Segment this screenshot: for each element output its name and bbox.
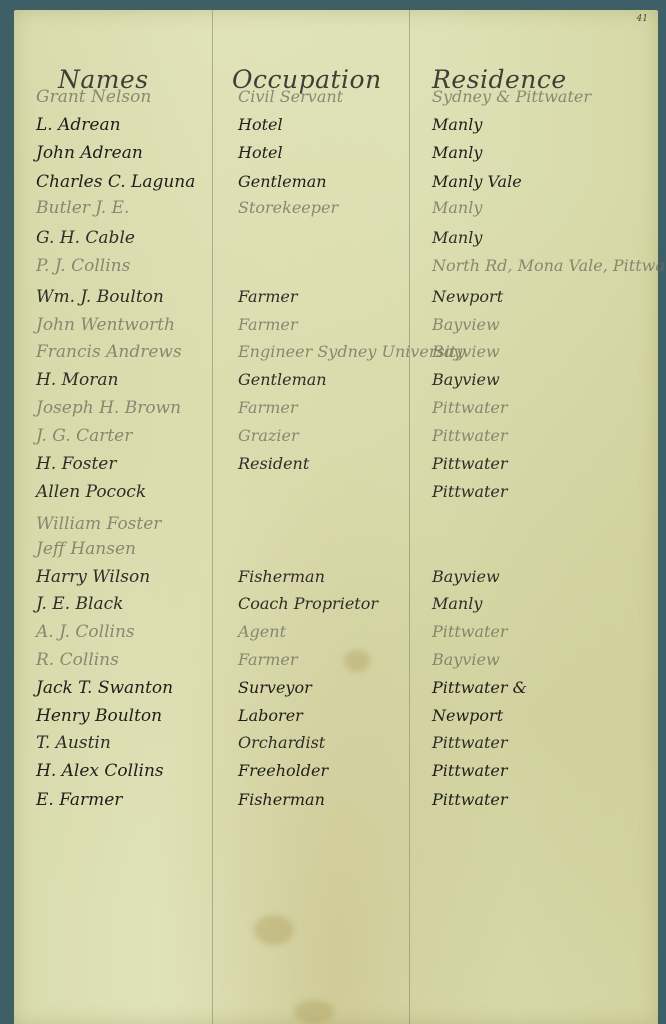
entry-residence: Bayview (432, 370, 500, 389)
entry-occupation: Storekeeper (238, 198, 338, 217)
entry-occupation: Hotel (238, 115, 283, 134)
entry-name: Francis Andrews (36, 342, 182, 362)
paper-stain (344, 650, 370, 672)
entry-residence: Bayview (432, 567, 500, 586)
entry-occupation: Farmer (238, 315, 298, 334)
entry-name: William Foster (36, 514, 161, 534)
entry-residence: Manly (432, 143, 482, 162)
entry-residence: Pittwater (432, 454, 508, 473)
entry-name: H. Moran (36, 370, 119, 390)
entry-residence: Manly (432, 198, 482, 217)
entry-name: Allen Pocock (36, 482, 146, 502)
entry-occupation: Gentleman (238, 172, 327, 191)
entry-occupation: Grazier (238, 426, 299, 445)
entry-residence: Pittwater (432, 733, 508, 752)
entry-occupation: Fisherman (238, 790, 325, 809)
entry-residence: Manly (432, 594, 482, 613)
entry-name: L. Adrean (36, 115, 121, 135)
entry-name: Butler J. E. (36, 198, 129, 218)
entry-residence: Bayview (432, 650, 500, 669)
entry-residence: Newport (432, 287, 503, 306)
entry-name: Joseph H. Brown (36, 398, 181, 418)
entry-name: H. Foster (36, 454, 116, 474)
entry-residence: Manly (432, 115, 482, 134)
entry-residence: Bayview (432, 315, 500, 334)
entry-name: J. G. Carter (36, 426, 132, 446)
entry-residence: Pittwater (432, 398, 508, 417)
entry-residence: Pittwater (432, 761, 508, 780)
entry-name: Grant Nelson (36, 87, 151, 107)
entry-residence: Bayview (432, 342, 500, 361)
page-number: 41 (637, 14, 648, 24)
entry-name: Jeff Hansen (36, 539, 136, 559)
entry-residence: Manly (432, 228, 482, 247)
column-divider-1 (212, 10, 213, 1024)
column-divider-2 (409, 10, 410, 1024)
entry-name: G. H. Cable (36, 228, 135, 248)
entry-residence: Pittwater (432, 790, 508, 809)
entry-occupation: Civil Servant (238, 87, 343, 106)
entry-residence: North Rd, Mona Vale, Pittwater (432, 256, 666, 275)
entry-name: Wm. J. Boulton (36, 287, 164, 307)
entry-residence: Manly Vale (432, 172, 522, 191)
entry-name: Henry Boulton (36, 706, 162, 726)
entry-occupation: Freeholder (238, 761, 328, 780)
entry-name: T. Austin (36, 733, 111, 753)
entry-name: J. E. Black (36, 594, 123, 614)
entry-name: A. J. Collins (36, 622, 135, 642)
entry-occupation: Coach Proprietor (238, 594, 378, 613)
entry-residence: Newport (432, 706, 503, 725)
entry-occupation: Orchardist (238, 733, 325, 752)
entry-residence: Pittwater & (432, 678, 527, 697)
entry-occupation: Surveyor (238, 678, 312, 697)
entry-occupation: Laborer (238, 706, 303, 725)
entry-name: Charles C. Laguna (36, 172, 195, 192)
entry-residence: Pittwater (432, 426, 508, 445)
register-page: 41 Names Occupation Residence Grant Nels… (14, 10, 658, 1024)
entry-name: P. J. Collins (36, 256, 130, 276)
entry-occupation: Farmer (238, 287, 298, 306)
entry-residence: Sydney & Pittwater (432, 87, 591, 106)
entry-occupation: Fisherman (238, 567, 325, 586)
entry-name: John Adrean (36, 143, 143, 163)
entry-occupation: Gentleman (238, 370, 327, 389)
entry-occupation: Agent (238, 622, 286, 641)
entry-occupation: Farmer (238, 398, 298, 417)
entry-occupation: Resident (238, 454, 309, 473)
entry-name: R. Collins (36, 650, 119, 670)
entry-occupation: Farmer (238, 650, 298, 669)
entry-name: E. Farmer (36, 790, 122, 810)
entry-name: Harry Wilson (36, 567, 150, 587)
entry-residence: Pittwater (432, 482, 508, 501)
entry-name: Jack T. Swanton (36, 678, 173, 698)
entry-occupation: Hotel (238, 143, 283, 162)
entry-residence: Pittwater (432, 622, 508, 641)
paper-stain (294, 1000, 334, 1024)
entry-name: H. Alex Collins (36, 761, 164, 781)
entry-name: John Wentworth (36, 315, 175, 335)
paper-stain (254, 915, 294, 945)
